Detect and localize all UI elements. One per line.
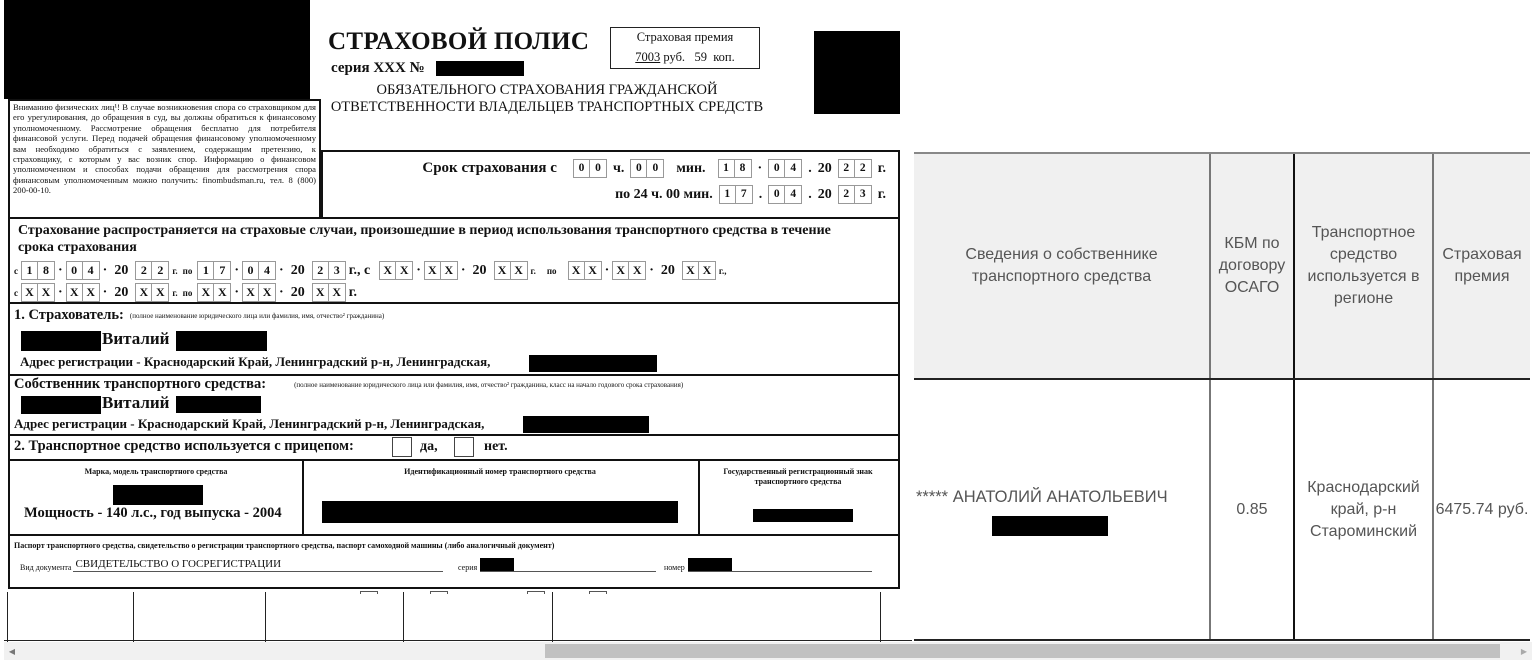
policy-series: серия XXX № [331,60,425,77]
year-label: г. [878,161,886,177]
redacted-owner-address [523,416,649,433]
redacted-doc-number [688,558,732,571]
term-from-line: Срок страхования с 00 ч. 00 мин. 18 · 04… [422,159,886,178]
vehicle-section: Марка, модель транспортного средства Мощ… [8,461,900,536]
doc-type-label: Вид документа [20,563,71,572]
subtitle-line-1: ОБЯЗАТЕЛЬНОГО СТРАХОВАНИЯ ГРАЖДАНСКОЙ [322,82,772,99]
term-day-to: 17 [719,185,753,204]
horizontal-scrollbar[interactable]: ◀ ▶ [4,642,1532,660]
premium-rub-value: 7003 [635,50,660,64]
century: 20 [818,187,832,203]
coverage-dates-row-1: с 18· 04· 20 22 г. по 17· 04· 20 23 г., … [14,261,726,280]
term-day-from: 18 [718,159,752,178]
redacted-insurer-address [529,355,657,372]
premium-kop-unit: коп. [713,50,735,64]
premium-amount: 7003 руб. 59 коп. [611,50,759,65]
term-from-label: Срок страхования с [422,160,557,177]
table-header-row: Сведения о собственнике транспортного ср… [914,152,1530,380]
term-month-from: 04 [768,159,802,178]
scrollbar-thumb[interactable] [545,644,1500,658]
vin-header: Идентификационный номер транспортного ср… [302,467,698,477]
coverage-text: Страхование распространяется на страховы… [18,222,838,256]
table-row: ***** АНАТОЛИЙ АНАТОЛЬЕВИЧ 0.85 Краснода… [914,380,1530,641]
vehicle-docs-section: Паспорт транспортного средства, свидетел… [8,536,900,589]
redacted-owner-birthdate [992,516,1108,536]
owner-heading: Собственник транспортного средства:(полн… [14,376,683,393]
insurer-heading: 1. Страхователь:(полное наименование юри… [14,307,384,324]
doc-number-label: номер [664,563,685,572]
kbm-info-table: Сведения о собственнике транспортного ср… [912,0,1536,642]
series-label: серия XXX № [331,60,425,76]
insurance-term-box: Срок страхования с 00 ч. 00 мин. 18 · 04… [321,150,900,219]
owner-first-name: Виталий [102,393,169,413]
doc-number-field [688,558,872,572]
doc-series-line: серия [458,558,656,572]
policy-document-scan: СТРАХОВОЙ ПОЛИС серия XXX № Страховая пр… [0,0,912,642]
doc-type-value: СВИДЕТЕЛЬСТВО О ГОСРЕГИСТРАЦИИ [73,558,443,572]
header-owner-info: Сведения о собственнике транспортного ср… [914,154,1209,378]
trailer-no-checkbox[interactable] [454,437,474,457]
dot: . [759,187,763,203]
dot: · [758,161,763,177]
term-year-from: 22 [838,159,872,178]
insurer-address: Адрес регистрации - Краснодарский Край, … [20,354,490,370]
cell-kbm: 0.85 [1211,380,1293,639]
trailer-question: 2. Транспортное средство используется с … [14,438,354,455]
hours-label: ч. [613,161,624,177]
premium-box: Страховая премия 7003 руб. 59 коп. [610,27,760,69]
redacted-make-model [113,485,203,505]
redacted-owner-patronymic [176,396,261,413]
header-kbm: КБМ по договору ОСАГО [1211,154,1293,378]
dot: . [808,161,812,177]
term-to-line: по 24 ч. 00 мин. 17 . 04 . 20 23 г. [615,185,886,204]
header-premium: Страховая премия [1434,154,1530,378]
redacted-plate [753,509,853,522]
doc-type-line: Вид документа СВИДЕТЕЛЬСТВО О ГОСРЕГИСТР… [20,558,443,572]
term-year-to: 23 [838,185,872,204]
header-region: Транспортное средство используется в рег… [1295,154,1432,378]
trailer-no-label: нет. [484,439,508,455]
redacted-logo [4,0,310,99]
minutes-label: мин. [676,161,705,177]
term-minutes-from: 00 [630,159,664,178]
redacted-insurer-patronymic [176,331,267,351]
cell-premium: 6475.74 руб. [1434,380,1530,639]
redacted-qr-code [814,31,900,114]
redacted-owner-surname [21,396,101,414]
term-to-label: по 24 ч. 00 мин. [615,187,713,203]
trailer-yes-label: да, [420,439,438,455]
premium-rub-unit: руб. [663,50,685,64]
century: 20 [818,161,832,177]
policy-subtitle: ОБЯЗАТЕЛЬНОГО СТРАХОВАНИЯ ГРАЖДАНСКОЙ ОТ… [322,82,772,116]
owner-section: Собственник транспортного средства:(полн… [8,376,900,436]
trailer-yes-checkbox[interactable] [392,437,412,457]
redacted-doc-series [480,558,514,571]
cell-region: Краснодарский край, р-н Староминский [1295,380,1432,639]
coverage-section: Страхование распространяется на страховы… [8,217,900,304]
ombudsman-notice: Вниманию физических лиц¹! В случае возни… [8,99,321,219]
coverage-dates-row-2: с XX· XX· 20 XX г. по XX· XX· 20 XX г. [14,283,357,302]
dot: . [808,187,812,203]
power-year: Мощность - 140 л.с., год выпуска - 2004 [24,505,282,522]
term-hours-from: 00 [573,159,607,178]
owner-name: ***** АНАТОЛИЙ АНАТОЛЬЕВИЧ [916,488,1168,507]
redacted-vin [322,501,678,523]
premium-kop-value: 59 [694,50,707,64]
insurer-first-name: Виталий [102,329,169,349]
premium-label: Страховая премия [611,30,759,45]
insurer-section: 1. Страхователь:(полное наименование юри… [8,304,900,376]
policy-title: СТРАХОВОЙ ПОЛИС [328,28,589,56]
make-model-header: Марка, модель транспортного средства [10,467,302,477]
term-month-to: 04 [768,185,802,204]
scroll-right-arrow-icon[interactable]: ▶ [1516,642,1532,660]
plate-header: Государственный регистрационный знак тра… [698,467,898,487]
owner-address: Адрес регистрации - Краснодарский Край, … [14,416,484,432]
cell-owner: ***** АНАТОЛИЙ АНАТОЛЬЕВИЧ [914,380,1209,639]
trailer-section: 2. Транспортное средство используется с … [8,436,900,461]
doc-series-label: серия [458,563,477,572]
doc-number-line: номер [664,558,872,572]
subtitle-line-2: ОТВЕТСТВЕННОСТИ ВЛАДЕЛЬЦЕВ ТРАНСПОРТНЫХ … [322,99,772,116]
scroll-left-arrow-icon[interactable]: ◀ [4,642,20,660]
year-label: г. [878,187,886,203]
doc-series-field [480,558,656,572]
redacted-insurer-surname [21,331,101,351]
docs-header: Паспорт транспортного средства, свидетел… [14,541,554,550]
redacted-policy-number [436,61,524,76]
